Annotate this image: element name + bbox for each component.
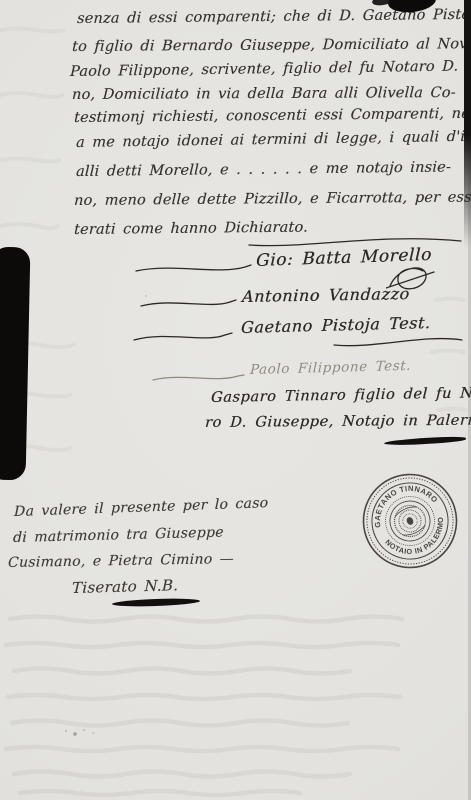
handwriting-line: Paolo Filippone, scrivente, figlio del f… [70, 58, 471, 80]
signature-flourish [150, 371, 247, 385]
signature-swash [332, 332, 466, 350]
signature-flourish [133, 260, 255, 278]
right-scan-edge [464, 0, 471, 248]
left-edge-blotch [0, 247, 30, 481]
witness-signature-2: Antonino Vandazzo [242, 284, 411, 306]
stamp-center-emblem [405, 516, 414, 526]
signature-flourish [138, 296, 240, 312]
document-page: senza di essi comparenti; che di D. Gaet… [0, 0, 471, 800]
handwriting-line: no, meno delle dette Pizzillo, e Ficarro… [74, 189, 471, 209]
witness-signature-4: Paolo Filippone Test. [250, 358, 412, 378]
handwriting-line: terati come hanno Dichiarato. [74, 220, 309, 238]
annotation-line: Cusimano, e Pietra Cimino — [8, 551, 234, 571]
annotation-line: Da valere il presente per lo caso [14, 495, 269, 520]
annotation-signoff: Tiserato N.B. [72, 576, 179, 597]
annotation-underline-stroke [112, 597, 200, 607]
handwriting-line: a me notajo idonei ai termini di legge, … [76, 129, 471, 151]
notary-stamp: GAETANO TINNARO NOTAIO IN PALERMO [331, 442, 471, 600]
notary-underline-stroke [384, 436, 466, 446]
notary-signature-line-2: ro D. Giuseppe, Notajo in Palermo [205, 412, 471, 431]
stamp-name-text: GAETANO TINNARO [362, 472, 441, 530]
stamp-title-text: NOTAIO IN PALERMO [382, 513, 455, 566]
notary-signature-line-1: Gasparo Tinnaro figlio del fu Nota- [211, 385, 471, 406]
annotation-line: di matrimonio tra Giuseppe [13, 524, 224, 546]
handwriting-line: to figlio di Bernardo Giuseppe, Domicili… [72, 36, 471, 55]
handwriting-line: no, Domiciliato in via della Bara alli O… [72, 85, 457, 103]
signature-flourish [131, 328, 236, 346]
handwriting-line: testimonj richiesti, conoscenti essi Com… [74, 106, 471, 126]
handwriting-line: alli detti Morello, e . . . . . . e me n… [76, 159, 452, 180]
